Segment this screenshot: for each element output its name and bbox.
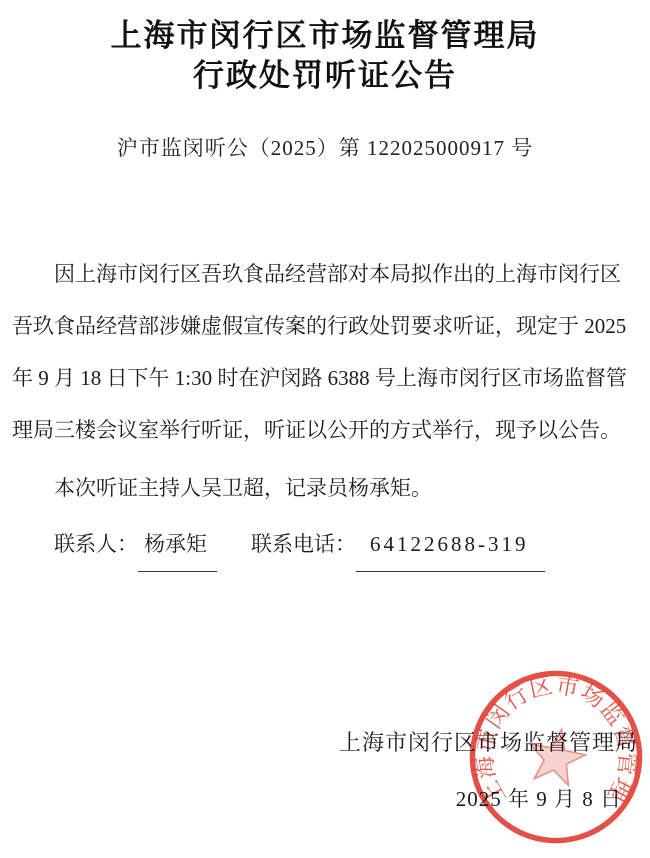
body-line: 因上海市闵行区吾玖食品经营部对本局拟作出的上海市闵行区	[12, 248, 638, 300]
document-title-line2: 行政处罚听证公告	[0, 56, 650, 96]
contact-person-value: 杨承矩	[138, 518, 217, 572]
star-icon	[523, 724, 589, 788]
body-line: 吾玖食品经营部涉嫌虚假宣传案的行政处罚要求听证，现定于 2025	[12, 300, 638, 352]
seal-ring-text-holder: 上海市闵行区市场监督管理局	[459, 660, 646, 816]
body-paragraph: 因上海市闵行区吾玖食品经营部对本局拟作出的上海市闵行区 吾玖食品经营部涉嫌虚假宣…	[0, 248, 650, 456]
contact-person-label: 联系人：	[54, 532, 138, 556]
seal-ring-text: 上海市闵行区市场监督管理局	[459, 660, 646, 816]
contact-phone-value: 64122688-319	[356, 518, 545, 572]
document-page: 上海市闵行区市场监督管理局 行政处罚听证公告 沪市监闵听公（2025）第 122…	[0, 0, 650, 858]
host-line: 本次听证主持人吴卫超，记录员杨承矩。	[0, 462, 650, 514]
document-number: 沪市监闵听公（2025）第 122025000917 号	[0, 132, 650, 162]
document-title-line1: 上海市闵行区市场监督管理局	[0, 0, 650, 56]
contact-phone-label: 联系电话：	[251, 532, 356, 556]
official-seal: 上海市闵行区市场监督管理局	[459, 660, 650, 853]
body-line: 理局三楼会议室举行听证，听证以公开的方式举行，现予以公告。	[12, 404, 638, 456]
contact-line: 联系人：杨承矩联系电话：64122688-319	[0, 518, 650, 572]
body-line: 年 9 月 18 日下午 1:30 时在沪闵路 6388 号上海市闵行区市场监督…	[12, 352, 638, 404]
